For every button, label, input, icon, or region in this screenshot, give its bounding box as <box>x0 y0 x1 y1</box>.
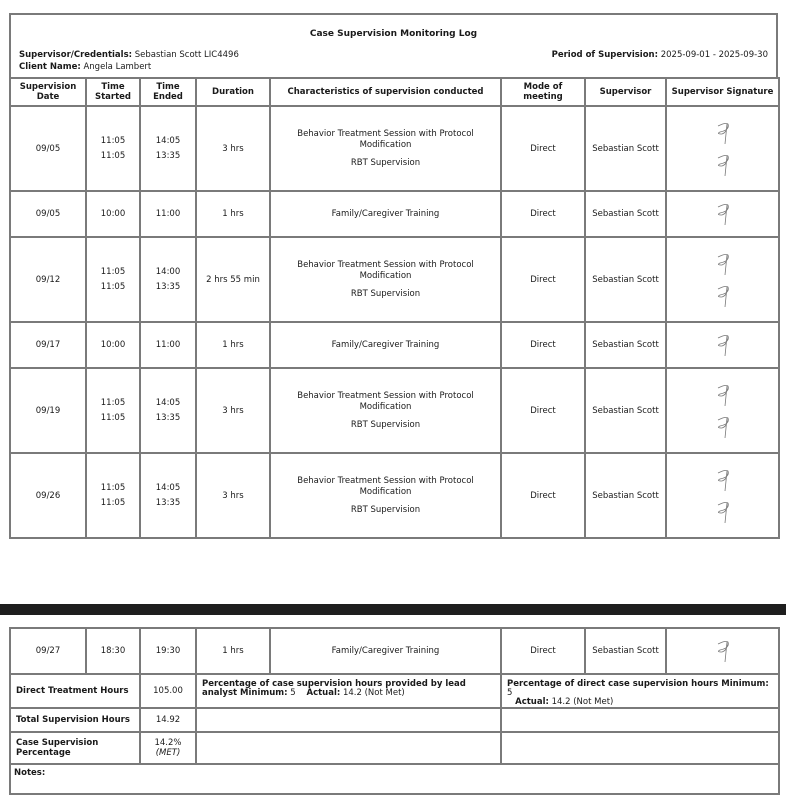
cell-signature <box>666 628 779 674</box>
table-row: 09/19 11:0511:05 14:0513:35 3 hrs Behavi… <box>10 368 779 453</box>
cell-date: 09/05 <box>10 191 86 237</box>
signature-icon <box>712 332 734 358</box>
total-supervision-value: 14.92 <box>140 708 196 732</box>
cell-duration: 3 hrs <box>196 453 270 538</box>
cell-time-started: 11:0511:05 <box>86 368 140 453</box>
signature-icon <box>712 414 734 440</box>
cell-signature <box>666 191 779 237</box>
table-row: 09/26 11:0511:05 14:0513:35 3 hrs Behavi… <box>10 453 779 538</box>
signature-icon <box>712 638 734 664</box>
total-supervision-label: Total Supervision Hours <box>10 708 140 732</box>
period-value: 2025-09-01 - 2025-09-30 <box>661 50 768 60</box>
notes-row: Notes: <box>10 764 779 794</box>
summary-table: Direct Treatment Hours 105.00 Percentage… <box>9 673 780 795</box>
cell-duration: 1 hrs <box>196 322 270 368</box>
cell-date: 09/26 <box>10 453 86 538</box>
col-header-date: SupervisionDate <box>10 78 86 106</box>
cell-signature <box>666 322 779 368</box>
signature-icon <box>712 467 734 493</box>
cell-signature <box>666 237 779 322</box>
cell-date: 09/12 <box>10 237 86 322</box>
cell-time-started: 11:0511:05 <box>86 237 140 322</box>
cell-supervisor: Sebastian Scott <box>585 368 666 453</box>
signature-icon <box>712 251 734 277</box>
client-name: Client Name: Angela Lambert <box>19 62 151 72</box>
cell-time-started: 18:30 <box>86 628 140 674</box>
signature-icon <box>712 120 734 146</box>
direct-treatment-value: 105.00 <box>140 674 196 708</box>
cell-characteristics: Behavior Treatment Session with Protocol… <box>270 453 501 538</box>
supervisor-value: Sebastian Scott LIC4496 <box>135 50 239 60</box>
period-of-supervision: Period of Supervision: 2025-09-01 - 2025… <box>552 50 768 60</box>
summary-row-total-supervision: Total Supervision Hours 14.92 <box>10 708 779 732</box>
supervision-table: SupervisionDate TimeStarted TimeEnded Du… <box>9 77 780 539</box>
table-row: 09/05 10:00 11:00 1 hrs Family/Caregiver… <box>10 191 779 237</box>
table-row: 09/27 18:30 19:30 1 hrs Family/Caregiver… <box>10 628 779 674</box>
cell-mode: Direct <box>501 106 585 191</box>
cell-mode: Direct <box>501 322 585 368</box>
cell-characteristics: Behavior Treatment Session with Protocol… <box>270 106 501 191</box>
empty-cell <box>501 732 779 764</box>
period-label: Period of Supervision: <box>552 50 658 60</box>
table-header-row: SupervisionDate TimeStarted TimeEnded Du… <box>10 78 779 106</box>
col-header-characteristics: Characteristics of supervision conducted <box>270 78 501 106</box>
cell-date: 09/17 <box>10 322 86 368</box>
cell-time-ended: 11:00 <box>140 322 196 368</box>
page-break-divider <box>0 604 786 615</box>
case-percentage-label: Case Supervision Percentage <box>10 732 140 764</box>
cell-mode: Direct <box>501 237 585 322</box>
signature-icon <box>712 283 734 309</box>
direct-supervision-percentage: Percentage of direct case supervision ho… <box>501 674 779 708</box>
cell-characteristics: Family/Caregiver Training <box>270 191 501 237</box>
cell-supervisor: Sebastian Scott <box>585 453 666 538</box>
empty-cell <box>196 708 501 732</box>
cell-supervisor: Sebastian Scott <box>585 628 666 674</box>
table-row: 09/05 11:0511:05 14:0513:35 3 hrs Behavi… <box>10 106 779 191</box>
cell-duration: 2 hrs 55 min <box>196 237 270 322</box>
cell-characteristics: Family/Caregiver Training <box>270 628 501 674</box>
log-page-1: Case Supervision Monitoring Log Supervis… <box>9 13 778 539</box>
summary-row-case-percentage: Case Supervision Percentage 14.2%(MET) <box>10 732 779 764</box>
document-header: Case Supervision Monitoring Log Supervis… <box>9 13 778 77</box>
empty-cell <box>501 708 779 732</box>
signature-icon <box>712 201 734 227</box>
supervisor-credentials: Supervisor/Credentials: Sebastian Scott … <box>19 50 239 60</box>
col-header-duration: Duration <box>196 78 270 106</box>
cell-time-ended: 14:0013:35 <box>140 237 196 322</box>
cell-supervisor: Sebastian Scott <box>585 191 666 237</box>
col-header-time-started: TimeStarted <box>86 78 140 106</box>
direct-treatment-label: Direct Treatment Hours <box>10 674 140 708</box>
cell-time-started: 11:0511:05 <box>86 106 140 191</box>
signature-icon <box>712 152 734 178</box>
cell-supervisor: Sebastian Scott <box>585 322 666 368</box>
table-row: 09/17 10:00 11:00 1 hrs Family/Caregiver… <box>10 322 779 368</box>
client-label: Client Name: <box>19 62 81 72</box>
cell-time-ended: 14:0513:35 <box>140 453 196 538</box>
cell-mode: Direct <box>501 628 585 674</box>
cell-date: 09/05 <box>10 106 86 191</box>
cell-duration: 3 hrs <box>196 106 270 191</box>
notes-label: Notes: <box>10 764 779 794</box>
col-header-supervisor: Supervisor <box>585 78 666 106</box>
cell-signature <box>666 106 779 191</box>
client-value: Angela Lambert <box>83 62 151 72</box>
signature-icon <box>712 499 734 525</box>
cell-duration: 1 hrs <box>196 191 270 237</box>
col-header-signature: Supervisor Signature <box>666 78 779 106</box>
case-percentage-status: (MET) <box>144 748 192 758</box>
table-row: 09/12 11:0511:05 14:0013:35 2 hrs 55 min… <box>10 237 779 322</box>
cell-mode: Direct <box>501 368 585 453</box>
summary-row-direct-treatment: Direct Treatment Hours 105.00 Percentage… <box>10 674 779 708</box>
cell-time-started: 10:00 <box>86 191 140 237</box>
cell-signature <box>666 453 779 538</box>
cell-time-started: 11:0511:05 <box>86 453 140 538</box>
cell-date: 09/27 <box>10 628 86 674</box>
col-header-mode: Mode ofmeeting <box>501 78 585 106</box>
cell-mode: Direct <box>501 191 585 237</box>
cell-date: 09/19 <box>10 368 86 453</box>
cell-time-ended: 19:30 <box>140 628 196 674</box>
cell-duration: 1 hrs <box>196 628 270 674</box>
col-header-time-ended: TimeEnded <box>140 78 196 106</box>
log-page-2: 09/27 18:30 19:30 1 hrs Family/Caregiver… <box>9 627 778 795</box>
document-title: Case Supervision Monitoring Log <box>11 29 776 39</box>
empty-cell <box>196 732 501 764</box>
cell-duration: 3 hrs <box>196 368 270 453</box>
cell-supervisor: Sebastian Scott <box>585 237 666 322</box>
supervision-table-continued: 09/27 18:30 19:30 1 hrs Family/Caregiver… <box>9 627 780 675</box>
cell-signature <box>666 368 779 453</box>
cell-mode: Direct <box>501 453 585 538</box>
cell-characteristics: Behavior Treatment Session with Protocol… <box>270 237 501 322</box>
cell-time-ended: 14:0513:35 <box>140 106 196 191</box>
lead-analyst-percentage: Percentage of case supervision hours pro… <box>196 674 501 708</box>
cell-time-started: 10:00 <box>86 322 140 368</box>
cell-characteristics: Behavior Treatment Session with Protocol… <box>270 368 501 453</box>
cell-time-ended: 11:00 <box>140 191 196 237</box>
cell-time-ended: 14:0513:35 <box>140 368 196 453</box>
cell-supervisor: Sebastian Scott <box>585 106 666 191</box>
supervisor-label: Supervisor/Credentials: <box>19 50 132 60</box>
cell-characteristics: Family/Caregiver Training <box>270 322 501 368</box>
case-percentage-value: 14.2%(MET) <box>140 732 196 764</box>
signature-icon <box>712 382 734 408</box>
